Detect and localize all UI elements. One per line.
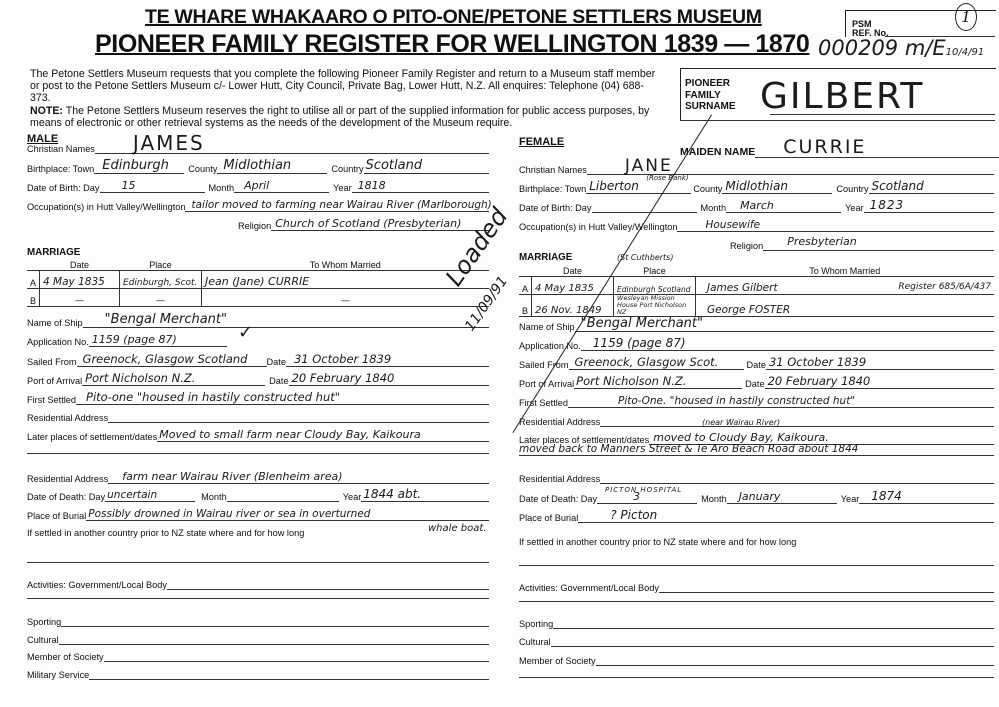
note-label: NOTE: xyxy=(30,105,63,117)
male-application-label: Application No. xyxy=(27,337,89,347)
female-residential2-row: Residential Address xyxy=(519,474,994,484)
female-application-field[interactable]: 1159 (page 87) xyxy=(581,350,994,351)
female-religion-field[interactable]: Presbyterian xyxy=(763,250,994,251)
male-first-settled-row: First Settled Pito-one "housed in hastil… xyxy=(27,395,489,405)
marriage-spouse-value: James Gilbert xyxy=(707,282,778,294)
marriage-register-note: Register 685/6A/437 xyxy=(898,282,991,292)
female-death-year-field[interactable]: 1874 xyxy=(859,503,994,504)
male-death-month-field[interactable] xyxy=(227,501,339,502)
male-death-day-value: uncertain xyxy=(107,489,157,501)
female-death-month-label: Month xyxy=(701,494,727,504)
female-residential2-label: Residential Address xyxy=(519,474,600,484)
male-application-row: Application No. 1159 (page 87) xyxy=(27,337,227,347)
male-abroad-label: If settled in another country prior to N… xyxy=(27,528,304,538)
female-burial-label: Place of Burial xyxy=(519,513,578,523)
male-activities-field[interactable] xyxy=(167,589,489,590)
male-religion-value: Church of Scotland (Presbyterian) xyxy=(275,217,461,230)
male-sailed-label: Sailed From xyxy=(27,357,77,367)
female-religion-label: Religion xyxy=(730,241,763,251)
female-sailed-row: Sailed From Greenock, Glasgow Scot. Date… xyxy=(519,360,994,370)
intro-paragraph: The Petone Settlers Museum requests that… xyxy=(30,68,655,104)
male-death-year-value: 1844 abt. xyxy=(363,487,421,501)
female-death-day-value: 3 xyxy=(633,490,640,503)
male-occupation-label: Occupation(s) in Hutt Valley/Wellington xyxy=(27,202,185,212)
female-ship-row: Name of Ship "Bengal Merchant" xyxy=(519,322,994,332)
male-sailed-row: Sailed From Greenock, Glasgow Scotland D… xyxy=(27,357,489,367)
male-religion-field[interactable]: Church of Scotland (Presbyterian) xyxy=(271,230,489,231)
marriage-place-field[interactable]: — xyxy=(120,289,202,307)
male-dob-year-value: 1818 xyxy=(358,179,386,192)
male-sailed-value: Greenock, Glasgow Scotland xyxy=(83,352,248,366)
marriage-row-key: A xyxy=(27,271,40,289)
male-activities-label: Activities: Government/Local Body xyxy=(27,580,167,590)
surname-label: PIONEER FAMILY SURNAME xyxy=(685,78,736,113)
male-activities-field-2[interactable] xyxy=(27,598,489,599)
male-activities-row: Activities: Government/Local Body xyxy=(27,580,489,590)
female-first-settled-value: Pito-One. "housed in hastily constructed… xyxy=(618,395,855,407)
female-burial-value: ? Picton xyxy=(610,508,657,522)
female-occupation-field[interactable]: Housewife xyxy=(677,231,994,232)
marriage-date-field[interactable]: — xyxy=(40,289,120,307)
male-town-label: Birthplace: Town xyxy=(27,164,94,174)
male-religion-row: Religion Church of Scotland (Presbyteria… xyxy=(238,221,489,231)
female-society-field[interactable] xyxy=(596,665,994,666)
male-first-settled-value: Pito-one "housed in hastily constructed … xyxy=(86,390,340,404)
male-abroad-field[interactable] xyxy=(27,562,489,563)
male-burial-label: Place of Burial xyxy=(27,511,86,521)
female-christian-names-value: JANE xyxy=(625,156,673,176)
male-later-row: Later places of settlement/dates Moved t… xyxy=(27,432,489,442)
marriage-date-field[interactable]: 26 Nov. 1849 xyxy=(532,295,614,317)
marriage-place-field[interactable]: Edinburgh, Scot. xyxy=(120,271,202,289)
marriage-spouse-field[interactable]: — xyxy=(202,289,489,307)
male-dob-month-value: April xyxy=(244,179,269,192)
female-first-settled-field[interactable]: Pito-One. "housed in hastily constructed… xyxy=(568,407,994,408)
male-application-field[interactable]: 1159 (page 87) xyxy=(89,346,227,347)
female-sailed-value: Greenock, Glasgow Scot. xyxy=(575,355,719,369)
male-residential2-label: Residential Address xyxy=(27,474,108,484)
register-title: PIONEER FAMILY REGISTER FOR WELLINGTON 1… xyxy=(95,30,809,59)
ref-number: 000209 m/E xyxy=(818,36,946,60)
female-occupation-label: Occupation(s) in Hutt Valley/Wellington xyxy=(519,222,677,232)
surname-label-line3: SURNAME xyxy=(685,101,736,113)
marriage-spouse-field[interactable]: George FOSTER xyxy=(696,295,994,317)
female-abroad-label: If settled in another country prior to N… xyxy=(519,537,796,547)
male-residential-label: Residential Address xyxy=(27,413,108,423)
female-dob-month-value: March xyxy=(740,199,774,212)
male-arrival-value: Port Nicholson N.Z. xyxy=(85,371,195,385)
female-arrival-field[interactable]: Port Nicholson N.Z. xyxy=(574,388,742,389)
male-ship-field[interactable]: "Bengal Merchant" xyxy=(83,327,489,328)
male-residential2-field[interactable]: farm near Wairau River (Blenheim area) xyxy=(108,483,489,484)
female-activities-row: Activities: Government/Local Body xyxy=(519,583,994,593)
male-dob-row: Date of Birth: Day 15 Month April Year 1… xyxy=(27,183,489,193)
marriage-place-field[interactable]: Edinburgh Scotland xyxy=(614,277,696,295)
male-death-day-field[interactable]: uncertain xyxy=(105,501,195,502)
female-application-value: 1159 (page 87) xyxy=(593,336,686,350)
male-death-day-label: Date of Death: Day xyxy=(27,492,105,502)
male-dob-year-label: Year xyxy=(333,183,352,193)
maiden-name-row: MAIDEN NAME CURRIE xyxy=(680,146,999,158)
female-dob-month-label: Month xyxy=(701,203,727,213)
museum-title: TE WHARE WHAKAARO O PITO-ONE/PETONE SETT… xyxy=(145,6,762,29)
marriage-spouse-field[interactable]: James Gilbert Register 685/6A/437 xyxy=(696,277,994,295)
male-society-field[interactable] xyxy=(104,661,489,662)
male-arrival-date-value: 20 February 1840 xyxy=(292,371,395,385)
female-county-label: County xyxy=(693,184,722,194)
female-first-settled-label: First Settled xyxy=(519,398,568,408)
marriage-header-date: Date xyxy=(532,265,614,277)
female-cultural-field[interactable] xyxy=(551,646,994,647)
male-burial-value-2: whale boat. xyxy=(428,523,486,534)
psm-ref-value[interactable]: 000209 m/E10/4/91 xyxy=(818,36,984,60)
male-later-field[interactable]: Moved to small farm near Cloudy Bay, Kai… xyxy=(157,441,489,442)
male-dob-day-field[interactable]: 15 xyxy=(100,192,205,193)
male-arrival-field[interactable]: Port Nicholson N.Z. xyxy=(82,385,265,386)
male-residential-field[interactable] xyxy=(108,422,489,423)
female-arrival-date-label: Date xyxy=(745,379,764,389)
female-abroad-field[interactable] xyxy=(519,565,994,566)
female-sporting-row: Sporting xyxy=(519,619,994,629)
female-ship-field[interactable]: "Bengal Merchant" xyxy=(575,331,994,332)
male-marriage-table: Date Place To Whom Married A 4 May 1835 … xyxy=(27,259,489,307)
maiden-name-field[interactable]: CURRIE xyxy=(755,157,999,158)
female-sailed-label: Sailed From xyxy=(519,360,569,370)
male-sailed-date-value: 31 October 1839 xyxy=(294,352,391,366)
female-activities-field[interactable] xyxy=(659,592,994,593)
marriage-row: A 4 May 1835 Edinburgh, Scot. Jean (Jane… xyxy=(27,271,489,289)
male-ship-row: Name of Ship "Bengal Merchant" xyxy=(27,318,489,328)
male-dob-month-field[interactable]: April xyxy=(234,192,329,193)
female-dob-year-field[interactable]: 1823 xyxy=(864,212,994,213)
male-residential-row: Residential Address xyxy=(27,413,489,423)
female-religion-row: Religion Presbyterian xyxy=(730,241,994,251)
female-dob-month-field[interactable]: March xyxy=(726,212,841,213)
male-country-value: Scotland xyxy=(366,158,423,173)
male-arrival-row: Port of Arrival Port Nicholson N.Z. Date… xyxy=(27,376,489,386)
male-later-value: Moved to small farm near Cloudy Bay, Kai… xyxy=(159,428,420,441)
male-first-settled-field[interactable]: Pito-one "housed in hastily constructed … xyxy=(76,404,489,405)
female-sailed-date-value: 31 October 1839 xyxy=(769,355,866,369)
female-death-row: Date of Death: Day 3 Month January Year … xyxy=(519,494,994,504)
female-activities-label: Activities: Government/Local Body xyxy=(519,583,659,593)
female-cultural-label: Cultural xyxy=(519,637,551,647)
female-christian-names-label: Christian Names xyxy=(519,165,587,175)
marriage-header-date: Date xyxy=(40,259,120,271)
ref-date: 10/4/91 xyxy=(946,47,985,58)
female-christian-names-row: Christian Names JANE xyxy=(519,165,994,175)
marriage-date-field[interactable]: 4 May 1835 xyxy=(40,271,120,289)
male-christian-names-value: JAMES xyxy=(133,131,205,155)
male-sailed-date-field[interactable]: 31 October 1839 xyxy=(286,366,489,367)
female-burial-field[interactable]: ? Picton xyxy=(578,522,994,523)
female-death-day-field[interactable]: 3 xyxy=(597,503,697,504)
female-dob-year-value: 1823 xyxy=(870,198,905,212)
male-religion-label: Religion xyxy=(238,221,271,231)
female-burial-row: Place of Burial ? Picton xyxy=(519,513,994,523)
male-ship-value: "Bengal Merchant" xyxy=(105,312,227,327)
female-later-field-2[interactable]: moved back to Manners Street & Te Aro Be… xyxy=(519,455,994,456)
female-first-settled-row: First Settled Pito-One. "housed in hasti… xyxy=(519,398,994,408)
female-dob-row: Date of Birth: Day Month March Year 1823 xyxy=(519,203,994,213)
male-occupation-field[interactable]: tailor moved to farming near Wairau Rive… xyxy=(185,211,489,212)
male-dob-day-value: 15 xyxy=(122,179,136,192)
female-sailed-date-label: Date xyxy=(747,360,766,370)
marriage-row: A 4 May 1835 Edinburgh Scotland James Gi… xyxy=(519,277,994,295)
female-county-value: Midlothian xyxy=(725,179,788,193)
male-residential2-row: Residential Address farm near Wairau Riv… xyxy=(27,474,489,484)
male-sailed-field[interactable]: Greenock, Glasgow Scotland xyxy=(77,366,267,367)
family-surname-field[interactable]: GILBERT xyxy=(760,76,924,117)
female-residential-label: Residential Address xyxy=(519,417,600,427)
male-town-value: Edinburgh xyxy=(102,158,169,173)
checkmark-icon: ✓ xyxy=(238,322,253,343)
male-marriage-heading: MARRIAGE xyxy=(27,247,80,258)
female-arrival-row: Port of Arrival Port Nicholson N.Z. Date… xyxy=(519,379,994,389)
female-marriage-place-note: (St Cuthberts) xyxy=(617,253,673,262)
intro-text: The Petone Settlers Museum requests that… xyxy=(30,68,660,129)
male-later-row-2 xyxy=(27,453,489,454)
male-ship-label: Name of Ship xyxy=(27,318,83,328)
male-occupation-value: tailor moved to farming near Wairau Rive… xyxy=(191,199,491,211)
female-dob-day-field[interactable] xyxy=(592,212,697,213)
female-society-field-2[interactable] xyxy=(519,677,994,678)
female-later-row-2: moved back to Manners Street & Te Aro Be… xyxy=(519,455,994,456)
surname-box-bottom xyxy=(680,120,995,121)
female-country-value: Scotland xyxy=(872,179,924,193)
female-activities-field-2[interactable] xyxy=(519,601,994,602)
male-dob-day-label: Date of Birth: Day xyxy=(27,183,100,193)
male-death-month-label: Month xyxy=(201,492,227,502)
female-application-label: Application No. xyxy=(519,341,581,351)
female-country-field[interactable]: Scotland xyxy=(869,193,994,194)
female-ship-label: Name of Ship xyxy=(519,322,575,332)
marriage-header-spouse: To Whom Married xyxy=(696,265,994,277)
male-cultural-field[interactable] xyxy=(59,644,489,645)
female-arrival-date-field[interactable]: 20 February 1840 xyxy=(765,388,994,389)
female-residential-field[interactable] xyxy=(600,426,994,427)
male-burial-row: Place of Burial Possibly drowned in Wair… xyxy=(27,511,489,521)
male-christian-names-row: Christian Names JAMES xyxy=(27,144,489,154)
male-country-label: Country xyxy=(331,164,363,174)
male-burial-field[interactable]: Possibly drowned in Wairau river or sea … xyxy=(86,520,489,521)
female-town-field[interactable]: Liberton (Rose Bank) xyxy=(586,193,691,194)
male-county-value: Midlothian xyxy=(223,158,291,173)
marriage-header-place: Place xyxy=(120,259,202,271)
female-occupation-value: Housewife xyxy=(705,219,760,231)
male-dob-year-field[interactable]: 1818 xyxy=(352,192,489,193)
marriage-place-field[interactable]: Wesleyan Mission House Port Nicholson NZ xyxy=(614,295,696,317)
female-ship-value: "Bengal Merchant" xyxy=(581,316,703,331)
marriage-row: B — — — xyxy=(27,289,489,307)
female-county-field[interactable]: Midlothian xyxy=(722,193,832,194)
male-arrival-date-field[interactable]: 20 February 1840 xyxy=(289,385,489,386)
male-arrival-label: Port of Arrival xyxy=(27,376,82,386)
female-death-month-field[interactable]: January xyxy=(727,503,837,504)
female-residential2-field[interactable] xyxy=(600,483,994,484)
female-application-row: Application No. 1159 (page 87) xyxy=(519,341,994,351)
male-sporting-label: Sporting xyxy=(27,617,61,627)
female-dob-year-label: Year xyxy=(845,203,864,213)
female-arrival-label: Port of Arrival xyxy=(519,379,574,389)
surname-label-line2: FAMILY xyxy=(685,90,736,102)
male-society-label: Member of Society xyxy=(27,652,104,662)
male-sporting-field[interactable] xyxy=(61,626,489,627)
male-country-field[interactable]: Scotland xyxy=(364,173,489,174)
female-death-year-value: 1874 xyxy=(871,489,902,503)
male-residential2-value: farm near Wairau River (Blenheim area) xyxy=(122,470,342,483)
male-military-row: Military Service xyxy=(27,670,489,680)
male-dob-month-label: Month xyxy=(209,183,235,193)
male-first-settled-label: First Settled xyxy=(27,395,76,405)
male-application-value: 1159 (page 87) xyxy=(92,333,177,346)
female-sailed-date-field[interactable]: 31 October 1839 xyxy=(766,369,994,370)
male-military-field[interactable] xyxy=(89,679,489,680)
marriage-row-key: A xyxy=(519,277,532,295)
female-town-note: (Rose Bank) xyxy=(646,174,688,182)
male-later-field-2[interactable] xyxy=(27,453,489,454)
male-burial-value: Possibly drowned in Wairau river or sea … xyxy=(88,508,370,520)
female-country-label: Country xyxy=(836,184,868,194)
psm-circled-number: 1 xyxy=(955,3,977,31)
male-sailed-date-label: Date xyxy=(267,357,286,367)
female-death-note: PICTON HOSPITAL xyxy=(605,486,682,494)
female-arrival-date-value: 20 February 1840 xyxy=(768,374,871,388)
female-death-day-label: Date of Death: Day xyxy=(519,494,597,504)
female-arrival-value: Port Nicholson N.Z. xyxy=(576,374,686,388)
male-death-year-label: Year xyxy=(343,492,362,502)
male-cultural-row: Cultural xyxy=(27,635,489,645)
male-christian-names-field[interactable]: JAMES xyxy=(95,153,489,154)
female-society-label: Member of Society xyxy=(519,656,596,666)
surname-label-line1: PIONEER xyxy=(685,78,736,90)
female-religion-value: Presbyterian xyxy=(787,235,857,248)
male-county-label: County xyxy=(188,164,217,174)
female-later-note: (near Wairau River) xyxy=(702,418,780,427)
female-occupation-row: Occupation(s) in Hutt Valley/Wellington … xyxy=(519,222,994,232)
female-death-year-label: Year xyxy=(841,494,860,504)
female-sporting-label: Sporting xyxy=(519,619,553,629)
female-sporting-field[interactable] xyxy=(553,628,994,629)
female-sailed-field[interactable]: Greenock, Glasgow Scot. xyxy=(569,369,744,370)
female-death-month-value: January xyxy=(739,490,781,503)
male-town-field[interactable]: Edinburgh xyxy=(94,173,184,174)
male-christian-names-label: Christian Names xyxy=(27,144,95,154)
male-death-row: Date of Death: Day uncertain Month Year … xyxy=(27,492,489,502)
male-county-field[interactable]: Midlothian xyxy=(217,173,327,174)
marriage-row-key: B xyxy=(27,289,40,307)
male-birthplace-row: Birthplace: Town Edinburgh County Midlot… xyxy=(27,164,489,174)
male-later-label: Later places of settlement/dates xyxy=(27,432,157,442)
male-society-row: Member of Society xyxy=(27,652,489,662)
male-arrival-date-label: Date xyxy=(269,376,288,386)
female-birthplace-row: Birthplace: Town Liberton (Rose Bank) Co… xyxy=(519,184,994,194)
male-death-year-field[interactable]: 1844 abt. xyxy=(361,501,489,502)
female-society-row: Member of Society xyxy=(519,656,994,666)
male-military-label: Military Service xyxy=(27,670,89,680)
female-section-heading: FEMALE xyxy=(519,136,564,148)
note-paragraph: The Petone Settlers Museum reserves the … xyxy=(30,105,649,129)
female-town-label: Birthplace: Town xyxy=(519,184,586,194)
female-town-value: Liberton xyxy=(589,179,639,193)
female-dob-day-label: Date of Birth: Day xyxy=(519,203,592,213)
female-cultural-row: Cultural xyxy=(519,637,994,647)
marriage-spouse-value: George FOSTER xyxy=(707,304,790,316)
male-cultural-label: Cultural xyxy=(27,635,59,645)
maiden-name-value: CURRIE xyxy=(783,136,866,158)
male-occupation-row: Occupation(s) in Hutt Valley/Wellington … xyxy=(27,202,489,212)
male-sporting-row: Sporting xyxy=(27,617,489,627)
marriage-header-place: Place xyxy=(614,265,696,277)
female-later-value-2: moved back to Manners Street & Te Aro Be… xyxy=(519,443,858,455)
marriage-row-key: B xyxy=(519,295,532,317)
female-marriage-heading: MARRIAGE xyxy=(519,252,572,263)
